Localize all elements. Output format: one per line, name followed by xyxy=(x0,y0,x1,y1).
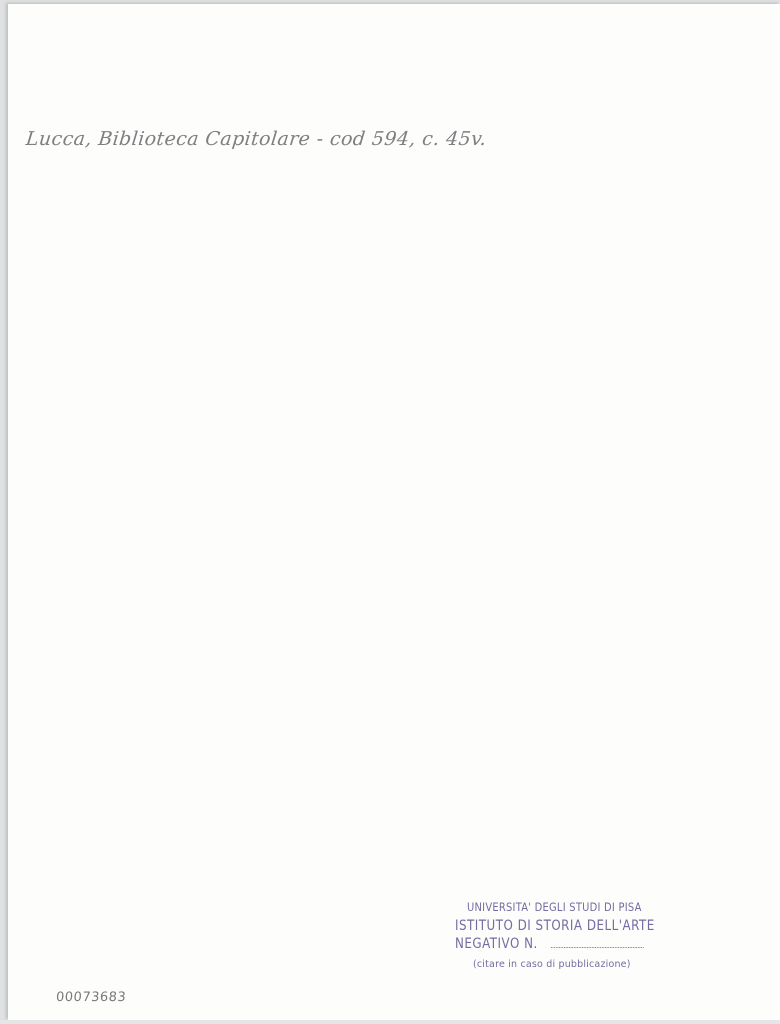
stamp-citation-note: (citare in caso di pubblicazione) xyxy=(473,960,674,970)
inventory-number: 00073683 xyxy=(55,990,126,1005)
handwritten-caption: Lucca, Biblioteca Capitolare - cod 594, … xyxy=(25,128,488,150)
stamp-negative-label: NEGATIVO N. xyxy=(455,937,538,952)
stamp-negative-number-blank xyxy=(551,937,644,948)
stamp-institute-line: ISTITUTO DI STORIA DELL'ARTE xyxy=(455,919,644,934)
institute-stamp: UNIVERSITA' DEGLI STUDI DI PISA ISTITUTO… xyxy=(455,902,685,970)
photo-back-sheet: Lucca, Biblioteca Capitolare - cod 594, … xyxy=(8,4,780,1020)
stamp-negative-line: NEGATIVO N. xyxy=(455,937,644,952)
stamp-university-line: UNIVERSITA' DEGLI STUDI DI PISA xyxy=(467,902,654,914)
scan-bottom-edge xyxy=(0,1020,780,1024)
